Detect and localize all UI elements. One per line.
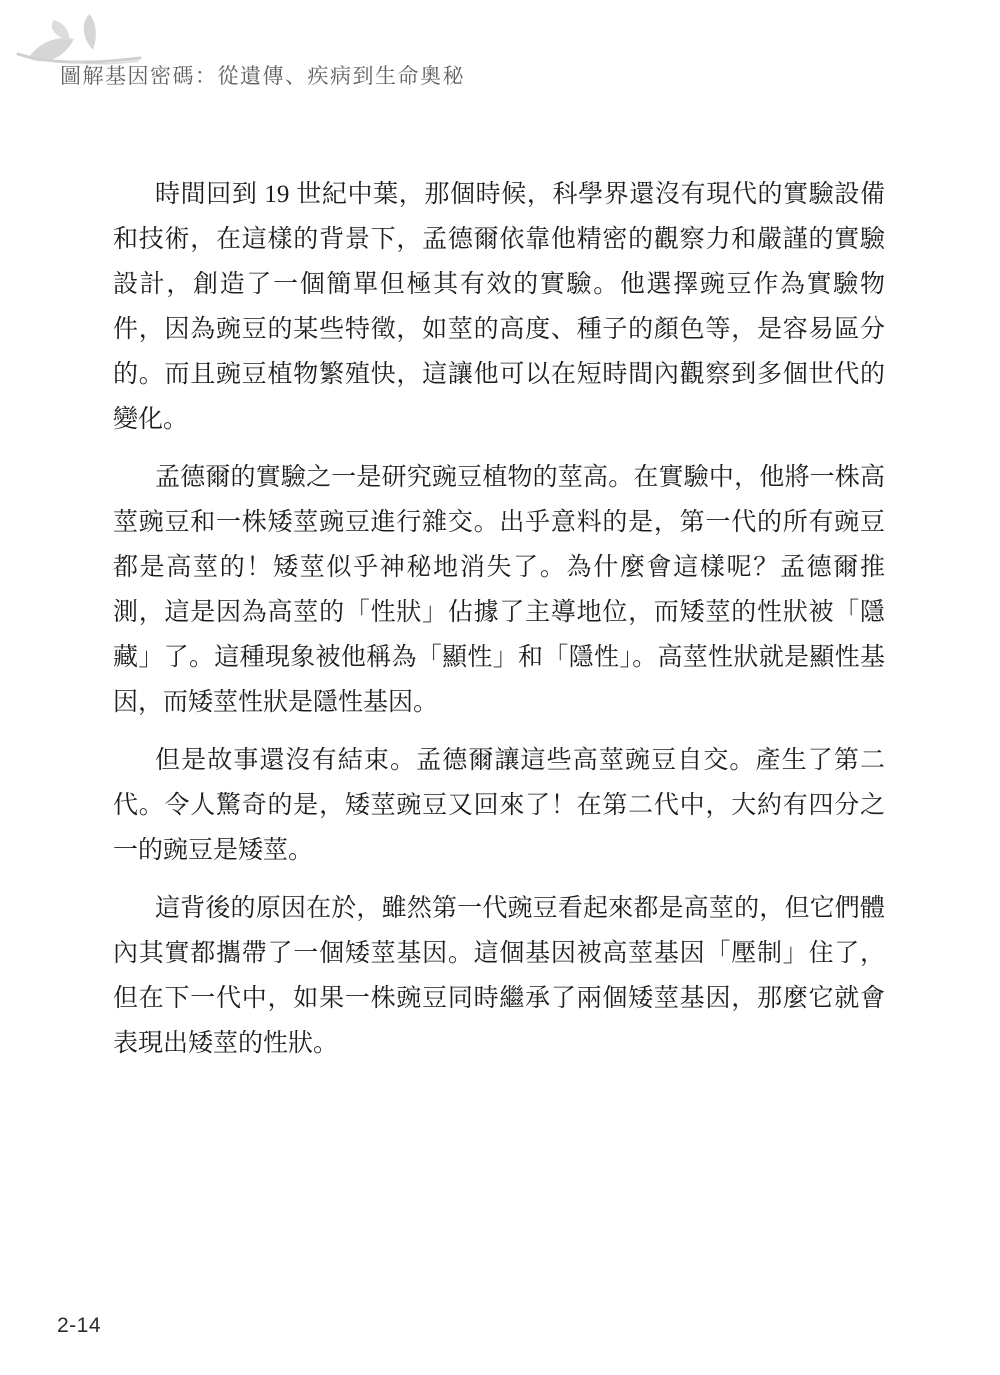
body-text: 時間回到 19 世紀中葉，那個時候，科學界還沒有現代的實驗設備和技術，在這樣的背… [113,172,885,1079]
paragraph: 但是故事還沒有結束。孟德爾讓這些高莖豌豆自交。產生了第二代。令人驚奇的是，矮莖豌… [113,738,885,873]
paragraph: 時間回到 19 世紀中葉，那個時候，科學界還沒有現代的實驗設備和技術，在這樣的背… [113,172,885,442]
page-header-book-title: 圖解基因密碼：從遺傳、疾病到生命奧秘 [60,60,465,90]
page-number: 2-14 [57,1314,101,1338]
book-page: 圖解基因密碼：從遺傳、疾病到生命奧秘 時間回到 19 世紀中葉，那個時候，科學界… [0,0,1000,1375]
paragraph: 這背後的原因在於，雖然第一代豌豆看起來都是高莖的，但它們體內其實都攜帶了一個矮莖… [113,886,885,1066]
paragraph: 孟德爾的實驗之一是研究豌豆植物的莖高。在實驗中，他將一株高莖豌豆和一株矮莖豌豆進… [113,455,885,725]
